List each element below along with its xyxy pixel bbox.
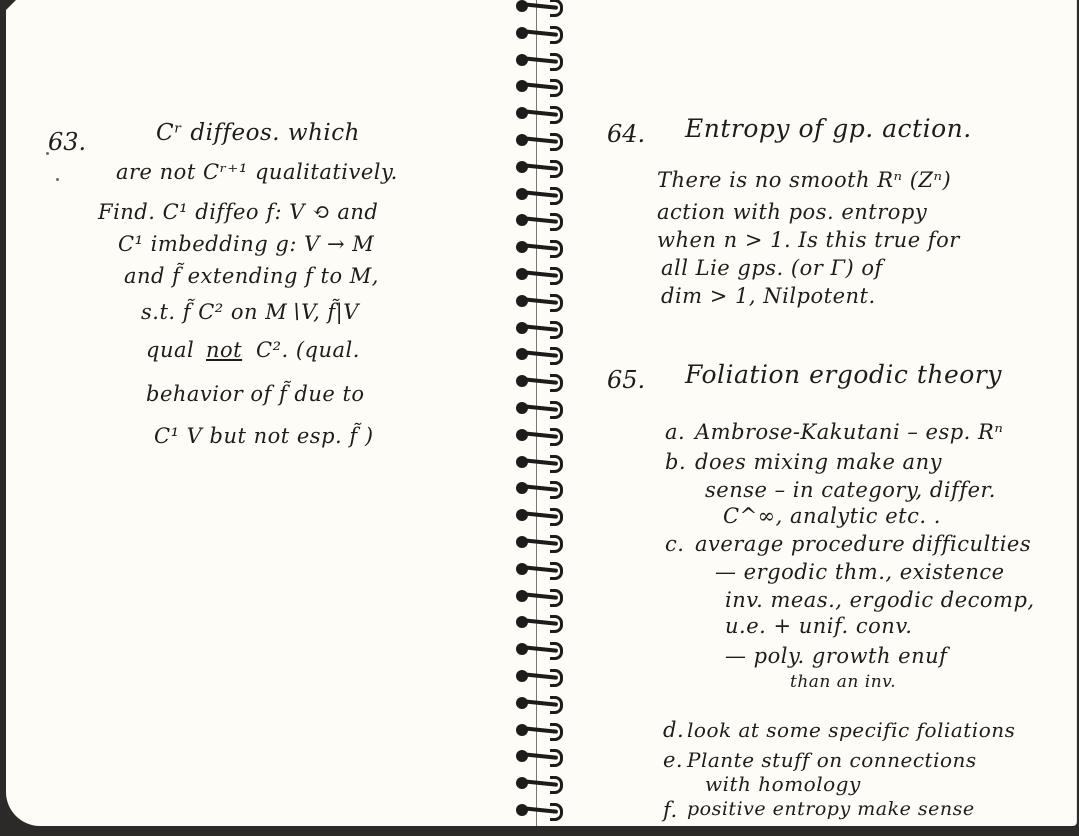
binding-hook (550, 321, 563, 339)
spiral-loop (512, 478, 572, 498)
spiral-loop (512, 532, 572, 552)
note-line: when n > 1. Is this true for (657, 228, 960, 252)
note-line: Cʳ diffeos. which (156, 120, 360, 146)
notebook-right-page: 64. Entropy of gp. action. There is no s… (545, 0, 1077, 826)
binding-hook (550, 589, 563, 607)
binding-hook (550, 0, 563, 17)
spiral-loop (512, 130, 572, 150)
spiral-loop (512, 50, 572, 70)
spiral-loop (512, 693, 572, 713)
binding-hook (550, 508, 563, 526)
note-item-text: does mixing make any (695, 450, 942, 474)
spiral-loop (512, 559, 572, 579)
note-item-label: d. (663, 718, 684, 742)
spiral-loop (512, 76, 572, 96)
binding-hook (550, 696, 563, 714)
spiral-loop (512, 398, 572, 418)
binding-hook (550, 294, 563, 312)
note-item-text: positive entropy make sense (687, 798, 975, 820)
spiral-binding (512, 0, 572, 836)
note-line: and f̃ extending f to M, (124, 264, 379, 288)
binding-hook (550, 723, 563, 741)
spiral-loop (512, 157, 572, 177)
binding-hook (550, 776, 563, 794)
binding-hook (550, 669, 563, 687)
binding-hook (550, 187, 563, 205)
note-item-label: b. (665, 450, 686, 474)
note-line: dim > 1, Nilpotent. (661, 284, 876, 308)
note-item-label: a. (665, 420, 685, 444)
note-item-label: e. (663, 748, 683, 772)
binding-hook (550, 26, 563, 44)
note-item-text: C^∞, analytic etc. . (723, 504, 941, 528)
binding-hook (550, 160, 563, 178)
note-item-label: c. (665, 532, 684, 556)
spiral-loop (512, 666, 572, 686)
note-item-text: u.e. + unif. conv. (725, 614, 912, 638)
binding-hook (550, 615, 563, 633)
binding-hook (550, 642, 563, 660)
note-line: behavior of f̃ due to (146, 382, 365, 406)
spiral-loop (512, 318, 572, 338)
note-item-text: — poly. growth enuf (725, 644, 947, 668)
binding-hook (550, 374, 563, 392)
spiral-loop (512, 210, 572, 230)
spiral-loop (512, 291, 572, 311)
note-item-text: Plante stuff on connections (687, 748, 977, 772)
binding-hook (550, 213, 563, 231)
binding-hook (550, 481, 563, 499)
note-item-text: Ambrose-Kakutani – esp. Rⁿ (695, 420, 1003, 444)
binding-hook (550, 133, 563, 151)
note-title: Entropy of gp. action. (685, 114, 972, 143)
notebook-left-page: 63. Cʳ diffeos. which are not Cʳ⁺¹ quali… (6, 0, 546, 826)
note-line: are not Cʳ⁺¹ qualitatively. (116, 160, 398, 184)
binding-hook (550, 79, 563, 97)
spiral-loop (512, 800, 572, 820)
note-line: all Lie gps. (or Γ) of (661, 256, 883, 280)
note-item-label: f. (663, 798, 678, 822)
note-line: s.t. f̃ C² on M∖V, f̃|V (141, 300, 359, 324)
binding-hook (550, 535, 563, 553)
binding-hook (550, 106, 563, 124)
paper-speck (56, 178, 59, 181)
spiral-loop (512, 237, 572, 257)
note-item-text: inv. meas., ergodic decomp, (725, 588, 1035, 612)
note-number: 64. (607, 120, 645, 148)
background-edge (0, 826, 1079, 836)
binding-hook (550, 428, 563, 446)
spiral-loop (512, 0, 572, 16)
binding-hook (550, 347, 563, 365)
note-title: Foliation ergodic theory (685, 360, 1002, 389)
binding-hook (550, 267, 563, 285)
binding-hook (550, 749, 563, 767)
spiral-loop (512, 452, 572, 472)
note-line: Find. C¹ diffeo f: V ⟲ and (98, 200, 378, 224)
spiral-loop (512, 505, 572, 525)
spiral-loop (512, 344, 572, 364)
spiral-loop (512, 425, 572, 445)
binding-hook (550, 562, 563, 580)
spiral-loop (512, 639, 572, 659)
note-item-text: look at some specific foliations (687, 718, 1015, 742)
note-number: 65. (607, 366, 645, 394)
note-line: qual (146, 338, 194, 362)
note-item-text: — ergodic thm., existence (715, 560, 1005, 584)
spiral-loop (512, 23, 572, 43)
binding-hook (550, 240, 563, 258)
note-item-text: average procedure difficulties (695, 532, 1031, 556)
note-line: C². (qual. (256, 338, 360, 362)
binding-hook (550, 53, 563, 71)
spiral-loop (512, 720, 572, 740)
binding-hook (550, 401, 563, 419)
spiral-loop (512, 746, 572, 766)
note-item-text: with homology (705, 772, 861, 796)
note-line: C¹ imbedding g: V → M (118, 232, 374, 256)
page-corner (6, 0, 16, 10)
spiral-loop (512, 371, 572, 391)
note-line: C¹ V but not esp. f̃ ) (154, 424, 374, 448)
binding-hook (550, 455, 563, 473)
binding-hook (550, 803, 563, 821)
spiral-loop (512, 184, 572, 204)
spiral-loop (512, 103, 572, 123)
note-line: action with pos. entropy (657, 200, 927, 224)
spiral-loop (512, 773, 572, 793)
note-line-underlined: not (206, 338, 242, 362)
spiral-loop (512, 264, 572, 284)
note-number: 63. (48, 128, 86, 156)
spiral-loop (512, 586, 572, 606)
note-line: There is no smooth Rⁿ (Zⁿ) (657, 168, 951, 192)
note-item-text: than an inv. (790, 672, 896, 692)
note-item-text: sense – in category, differ. (705, 478, 996, 502)
spiral-loop (512, 612, 572, 632)
